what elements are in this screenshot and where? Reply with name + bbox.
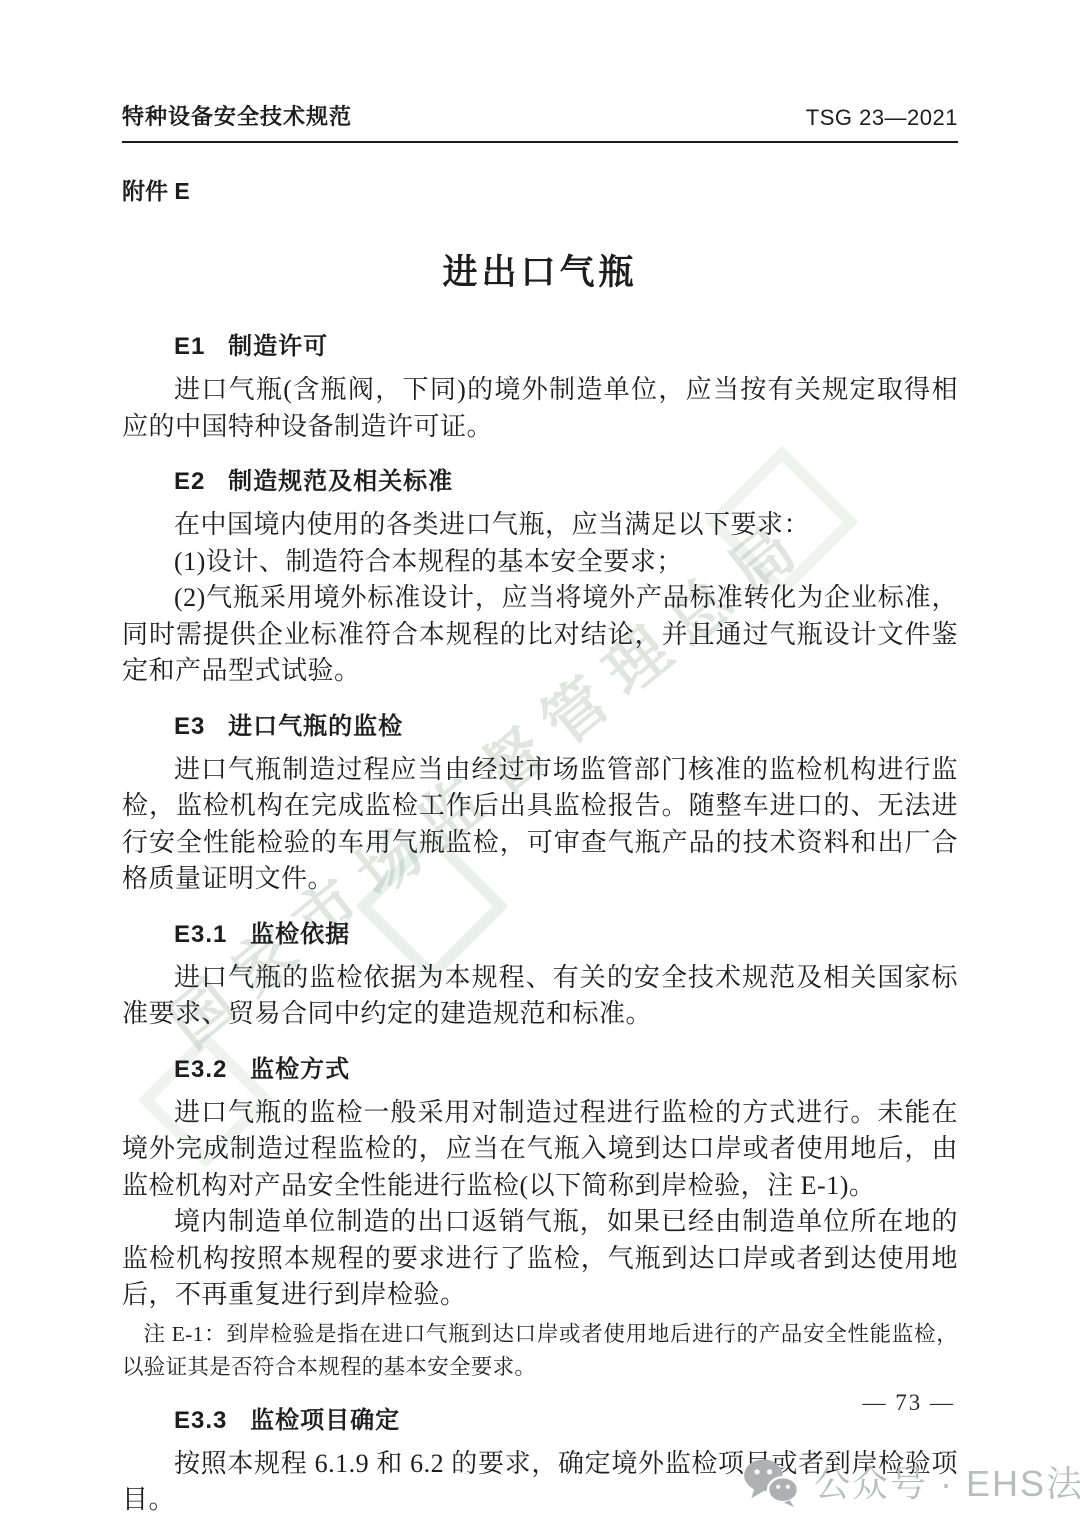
paragraph: 进口气瓶制造过程应当由经过市场监管部门核准的监检机构进行监检，监检机构在完成监检… <box>122 752 958 898</box>
list-item: (2)气瓶采用境外标准设计，应当将境外产品标准转化为企业标准，同时需提供企业标准… <box>122 580 958 690</box>
section-title: 监检方式 <box>250 1056 350 1083</box>
page-header: 特种设备安全技术规范 TSG 23—2021 <box>122 0 958 143</box>
footnote: 注 E-1：到岸检验是指在进口气瓶到达口岸或者使用地后进行的产品安全性能监检，以… <box>122 1318 958 1384</box>
doc-title: 进出口气瓶 <box>122 252 958 294</box>
paragraph: 境内制造单位制造的出口返销气瓶，如果已经由制造单位所在地的监检机构按照本规程的要… <box>122 1204 958 1314</box>
document-page: 国家市场监督管理总局 特种设备安全技术规范 TSG 23—2021 附件 E 进… <box>0 0 1080 1527</box>
attachment-label: 附件 E <box>122 173 958 206</box>
section-heading-e1: E1制造许可 <box>122 330 958 364</box>
section-title: 制造规范及相关标准 <box>228 468 453 495</box>
page-content: 特种设备安全技术规范 TSG 23—2021 附件 E 进出口气瓶 E1制造许可… <box>0 0 1080 1519</box>
paragraph: 进口气瓶(含瓶阀，下同)的境外制造单位，应当按有关规定取得相应的中国特种设备制造… <box>122 372 958 445</box>
section-heading-e2: E2制造规范及相关标准 <box>122 465 958 499</box>
header-doc-code: TSG 23—2021 <box>806 105 958 131</box>
section-heading-e3-3: E3.3监检项目确定 <box>122 1404 958 1438</box>
section-heading-e3-1: E3.1监检依据 <box>122 918 958 952</box>
section-heading-e3: E3进口气瓶的监检 <box>122 710 958 744</box>
section-number: E3.2 <box>174 1056 227 1083</box>
section-title: 监检依据 <box>250 921 350 948</box>
paragraph: 进口气瓶的监检依据为本规程、有关的安全技术规范及相关国家标准要求、贸易合同中约定… <box>122 960 958 1033</box>
section-number: E3.1 <box>174 921 227 948</box>
section-title: 进口气瓶的监检 <box>228 713 403 740</box>
list-item: (1)设计、制造符合本规程的基本安全要求； <box>122 544 958 581</box>
section-title: 监检项目确定 <box>250 1407 400 1434</box>
wechat-icon <box>742 1457 800 1507</box>
paragraph: 在中国境内使用的各类进口气瓶，应当满足以下要求： <box>122 507 958 544</box>
wechat-badge-label: 公众号 · EHS法规 <box>814 1456 1080 1507</box>
header-doc-type: 特种设备安全技术规范 <box>122 100 352 131</box>
section-number: E3 <box>174 713 205 740</box>
wechat-badge: 公众号 · EHS法规 <box>742 1456 1080 1507</box>
paragraph: 进口气瓶的监检一般采用对制造过程进行监检的方式进行。未能在境外完成制造过程监检的… <box>122 1095 958 1205</box>
section-heading-e3-2: E3.2监检方式 <box>122 1053 958 1087</box>
section-number: E3.3 <box>174 1407 227 1434</box>
page-number: — 73 — <box>863 1390 956 1416</box>
section-title: 制造许可 <box>228 333 328 360</box>
section-number: E2 <box>174 468 205 495</box>
section-number: E1 <box>174 333 205 360</box>
